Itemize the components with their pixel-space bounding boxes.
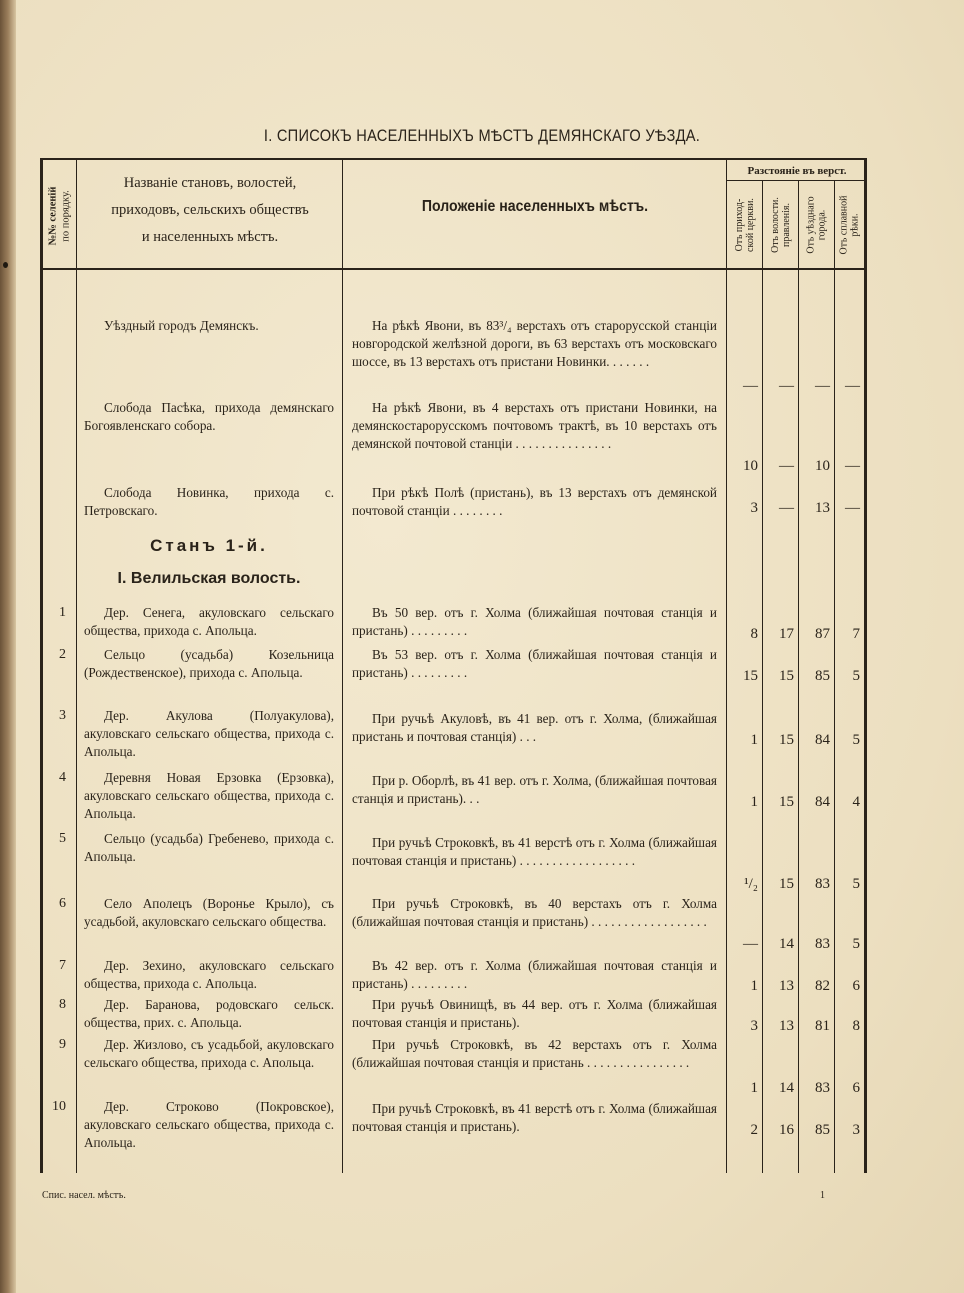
settlements-table: №№ селенійпо порядку. Названіе становъ, … [40,158,867,1173]
row-d2: 15 [764,876,794,893]
row-d3: 85 [800,668,830,685]
header-name-line: Названіе становъ, волостей, [80,170,340,197]
header-number-line1: №№ селеній [47,187,58,246]
row-position: Въ 50 вер. отъ г. Холма (ближайшая почто… [352,604,717,640]
row-position: При ручьѣ Строковкѣ, въ 40 верстахъ отъ … [352,895,717,931]
section-stan: Станъ 1-й. [84,536,334,556]
row-d1: 2 [728,1122,758,1139]
row-d2: 14 [764,936,794,953]
row-number: 6 [42,895,66,913]
table-top-border [40,158,867,160]
header-dist-church: Отъ приход-ской церкви. [727,182,762,267]
row-name: Дер. Сенега, акуловскаго сельскаго общес… [84,604,334,640]
row-d3: 84 [800,732,830,749]
row-d4: 4 [836,794,860,811]
row-d2: 16 [764,1122,794,1139]
row-d2: 15 [764,794,794,811]
header-position: Положеніе населенныхъ мѣстъ. [368,198,702,216]
row-d4: — [836,500,860,517]
row-number: 3 [42,707,66,725]
subheader-text: Отъ уѣзднаго [806,196,817,253]
row-number: 5 [42,830,66,848]
row-name: Деревня Новая Ерзовка (Ерзовка), акуловс… [84,769,334,824]
row-d1: 10 [728,458,758,475]
row-name: Слобода Новинка, прихода с. Петровскаго. [84,484,334,520]
row-number: 10 [42,1098,66,1116]
row-d4: — [836,458,860,475]
header-distance-group: Разстояніе въ верст. [728,165,866,177]
col-divider-d3 [834,180,835,1173]
col-divider-d2 [798,180,799,1173]
table-left-border [40,158,43,1173]
row-d3: 13 [800,500,830,517]
header-number: №№ селенійпо порядку. [42,166,76,266]
subheader-text: ской церкви. [745,198,756,252]
row-position: При рѣкѣ Полѣ (пристань), въ 13 верстахъ… [352,484,717,520]
row-position: При ручьѣ Строковкѣ, въ 41 верстѣ отъ г.… [352,1100,717,1136]
row-d2: 14 [764,1080,794,1097]
row-d4: 5 [836,668,860,685]
row-d3: 83 [800,876,830,893]
page-number: 1 [820,1190,825,1201]
row-d4: 5 [836,936,860,953]
row-d4: 6 [836,1080,860,1097]
row-d1: 8 [728,626,758,643]
header-name: Названіе становъ, волостей, приходовъ, с… [80,170,340,251]
subheader-text: Отъ приход- [734,198,745,251]
row-number: 4 [42,769,66,787]
row-name: Дер. Баранова, родовскаго сельск. общест… [84,996,334,1032]
row-d4: 7 [836,626,860,643]
row-d4: 5 [836,732,860,749]
row-d3: 10 [800,458,830,475]
row-number: 2 [42,646,66,664]
header-dist-volost: Отъ волости.правленія. [763,182,798,267]
row-position: При ручьѣ Строковкѣ, въ 42 верстахъ отъ … [352,1036,717,1072]
row-d2: 15 [764,732,794,749]
row-number: 8 [42,996,66,1014]
row-d3: 81 [800,1018,830,1035]
row-d3: 84 [800,794,830,811]
row-name: Дер. Зехино, акуловскаго сельскаго общес… [84,957,334,993]
section-volost: I. Велильская волость. [84,570,334,588]
row-d1: 1 [728,732,758,749]
header-dist-river: Отъ сплавнойрѣки. [835,182,864,267]
row-d3: 87 [800,626,830,643]
subheader-text: Отъ волости. [770,197,781,253]
row-d1: ¹/₂ [728,876,758,893]
table-right-border [864,158,867,1173]
row-d3: 82 [800,978,830,995]
footer-running-title: Спис. насел. мѣстъ. [42,1190,126,1201]
header-dist-town: Отъ уѣзднагогорода. [799,182,834,267]
row-position: Въ 53 вер. отъ г. Холма (ближайшая почто… [352,646,717,682]
row-position: При ручьѣ Акуловѣ, въ 41 вер. отъ г. Хол… [352,710,717,746]
row-name: Село Аполецъ (Воронье Крыло), съ усадьбо… [84,895,334,931]
subheader-text: города. [817,209,828,240]
row-name: Слобода Пасѣка, прихода демянскаго Богоя… [84,399,334,435]
row-position: На рѣкѣ Явони, въ 83³/₄ верстахъ отъ ста… [352,317,717,372]
col-divider-d1 [762,180,763,1173]
header-bottom-rule [40,268,867,270]
book-spine-shadow [0,0,16,1293]
row-position: На рѣкѣ Явони, въ 4 верстахъ отъ пристан… [352,399,717,454]
col-divider-position [726,158,727,1173]
row-d1: 3 [728,1018,758,1035]
row-d4: — [836,378,860,395]
row-d2: — [764,378,794,395]
row-number: 9 [42,1036,66,1054]
row-d4: 6 [836,978,860,995]
row-d1: 1 [728,1080,758,1097]
row-name: Уѣздный городъ Демянскъ. [84,317,334,335]
row-d3: 85 [800,1122,830,1139]
subheader-text: рѣки. [850,213,861,236]
row-d1: — [728,378,758,395]
row-d2: — [764,500,794,517]
row-d3: 83 [800,936,830,953]
row-d2: 13 [764,1018,794,1035]
row-d4: 8 [836,1018,860,1035]
row-d2: 17 [764,626,794,643]
row-d4: 3 [836,1122,860,1139]
row-d2: 15 [764,668,794,685]
row-d4: 5 [836,876,860,893]
ink-spot [3,262,8,268]
row-d3: 83 [800,1080,830,1097]
row-name: Дер. Строково (Покровское), акуловскаго … [84,1098,334,1153]
row-d1: 3 [728,500,758,517]
row-d3: — [800,378,830,395]
col-divider-num [76,158,77,1173]
row-number: 1 [42,604,66,622]
row-position: При ручьѣ Овинищѣ, въ 44 вер. отъ г. Хол… [352,996,717,1032]
row-d1: — [728,936,758,953]
distance-group-rule [726,180,867,181]
header-name-line: и населенныхъ мѣстъ. [80,224,340,251]
row-position: При ручьѣ Строковкѣ, въ 41 верстѣ отъ г.… [352,834,717,870]
row-d1: 1 [728,794,758,811]
header-name-line: приходовъ, сельскихъ обществъ [80,197,340,224]
row-name: Дер. Акулова (Полуакулова), акуловскаго … [84,707,334,762]
row-d1: 15 [728,668,758,685]
row-d1: 1 [728,978,758,995]
subheader-text: правленія. [781,202,792,246]
row-name: Сельцо (усадьба) Козельница (Рождественс… [84,646,334,682]
page-title: I. СПИСОКЪ НАСЕЛЕННЫХЪ МѢСТЪ ДЕМЯНСКАГО … [67,126,896,146]
row-name: Сельцо (усадьба) Гребенево, прихода с. А… [84,830,334,866]
row-name: Дер. Жизлово, съ усадьбой, акуловскаго с… [84,1036,334,1072]
header-number-line2: по порядку. [60,190,71,242]
row-number: 7 [42,957,66,975]
row-position: При р. Оборлѣ, въ 41 вер. отъ г. Холма, … [352,772,717,808]
row-position: Въ 42 вер. отъ г. Холма (ближайшая почто… [352,957,717,993]
row-d2: — [764,458,794,475]
row-d2: 13 [764,978,794,995]
col-divider-name [342,158,343,1173]
subheader-text: Отъ сплавной [839,195,850,254]
